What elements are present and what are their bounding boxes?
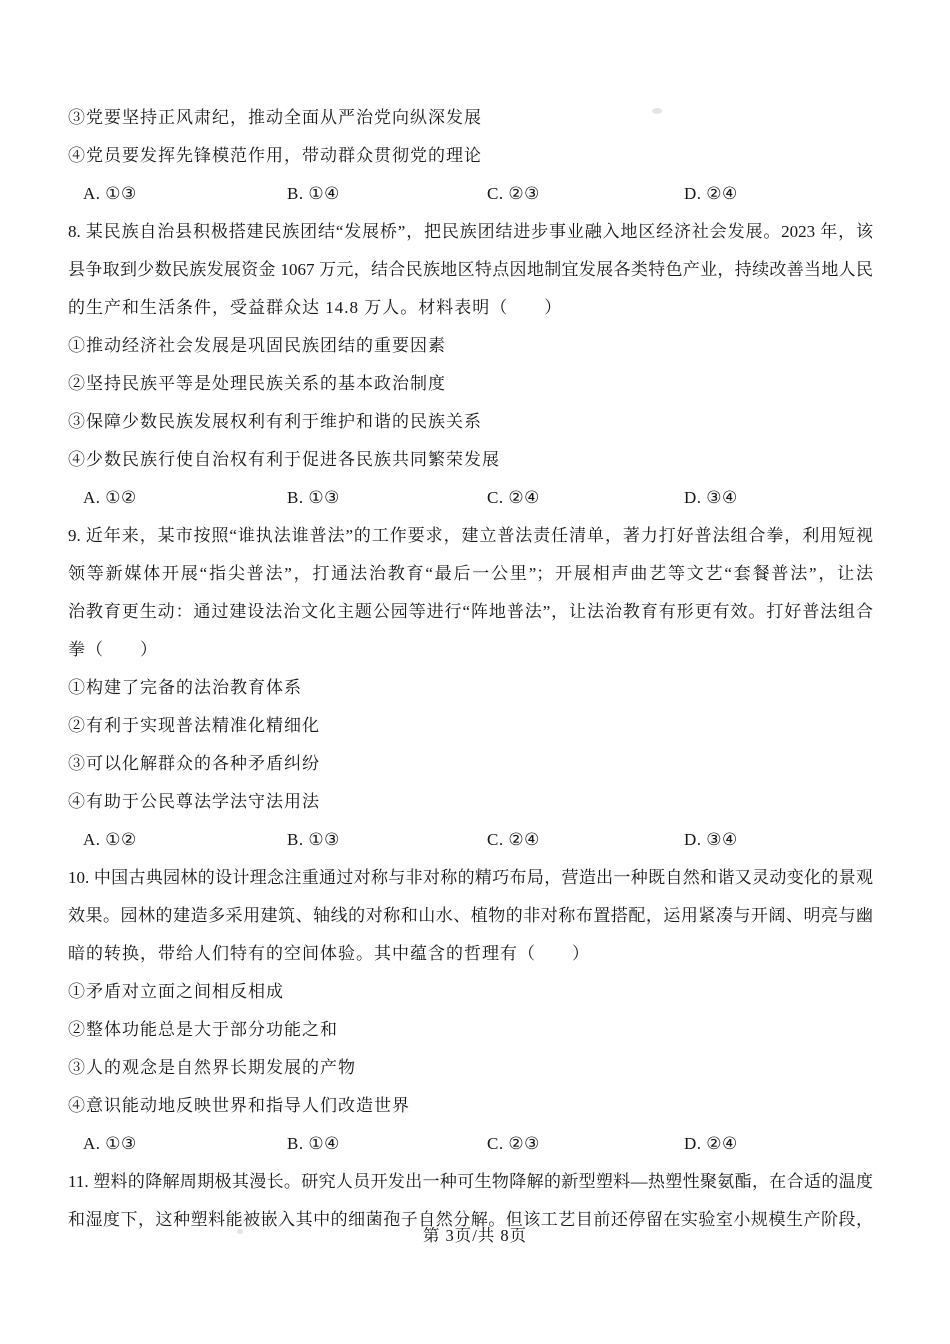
option-c: C. ②④ [487,479,684,517]
option-c: C. ②④ [487,821,684,859]
question-9: 9. 近年来，某市按照“谁执法谁普法”的工作要求，建立普法责任清单，著力打好普法… [68,517,873,859]
question-8: 8. 某民族自治县积极搭建民族团结“发展桥”，把民族团结进步事业融入地区经济社会… [68,213,873,517]
statement-line: ④意识能动地反映世界和指导人们改造世界 [68,1087,873,1125]
option-b: B. ①④ [287,1125,487,1163]
exam-page: ③党要坚持正风肃纪，推动全面从严治党向纵深发展 ④党员要发挥先锋模范作用，带动群… [0,0,950,1344]
statement-line: ③可以化解群众的各种矛盾纠纷 [68,745,873,783]
options-row: A. ①③ B. ①④ C. ②③ D. ②④ [68,1125,873,1163]
question-7-tail: ③党要坚持正风肃纪，推动全面从严治党向纵深发展 ④党员要发挥先锋模范作用，带动群… [68,99,873,213]
statement-line: ①矛盾对立面之间相反相成 [68,973,873,1011]
question-stem-line: 暗的转换，带给人们特有的空间体验。其中蕴含的哲理有（ ） [68,935,873,973]
question-stem-line: 11. 塑料的降解周期极其漫长。研究人员开发出一种可生物降解的新型塑料—热塑性聚… [68,1163,873,1201]
question-stem-line: 8. 某民族自治县积极搭建民族团结“发展桥”，把民族团结进步事业融入地区经济社会… [68,213,873,251]
question-stem-line: 县争取到少数民族发展资金 1067 万元，结合民族地区特点因地制宜发展各类特色产… [68,251,873,289]
option-a: A. ①③ [83,1125,287,1163]
statement-line: ③党要坚持正风肃纪，推动全面从严治党向纵深发展 [68,99,873,137]
question-stem-line: 的生产和生活条件，受益群众达 14.8 万人。材料表明（ ） [68,289,873,327]
statement-line: ②有利于实现普法精准化精细化 [68,707,873,745]
option-a: A. ①② [83,821,287,859]
options-row: A. ①② B. ①③ C. ②④ D. ③④ [68,821,873,859]
page-footer: 第 3页/共 8页 [0,1226,950,1246]
option-a: A. ①② [83,479,287,517]
statement-line: ②整体功能总是大于部分功能之和 [68,1011,873,1049]
option-c: C. ②③ [487,175,684,213]
statement-line: ②坚持民族平等是处理民族关系的基本政治制度 [68,365,873,403]
statement-line: ④少数民族行使自治权有利于促进各民族共同繁荣发展 [68,441,873,479]
question-stem-line: 9. 近年来，某市按照“谁执法谁普法”的工作要求，建立普法责任清单，著力打好普法… [68,517,873,555]
options-row: A. ①③ B. ①④ C. ②③ D. ②④ [68,175,873,213]
option-a: A. ①③ [83,175,287,213]
question-stem-line: 领等新媒体开展“指尖普法”，打通法治教育“最后一公里”；开展相声曲艺等文艺“套餐… [68,555,873,593]
options-row: A. ①② B. ①③ C. ②④ D. ③④ [68,479,873,517]
option-b: B. ①④ [287,175,487,213]
option-d: D. ③④ [684,479,873,517]
statement-line: ③保障少数民族发展权利有利于维护和谐的民族关系 [68,403,873,441]
statement-line: ①构建了完备的法治教育体系 [68,669,873,707]
question-stem-line: 10. 中国古典园林的设计理念注重通过对称与非对称的精巧布局，营造出一种既自然和… [68,859,873,897]
option-d: D. ③④ [684,821,873,859]
statement-line: ③人的观念是自然界长期发展的产物 [68,1049,873,1087]
option-d: D. ②④ [684,175,873,213]
option-b: B. ①③ [287,821,487,859]
statement-line: ④党员要发挥先锋模范作用，带动群众贯彻党的理论 [68,137,873,175]
question-stem-line: 治教育更生动：通过建设法治文化主题公园等进行“阵地普法”，让法治教育有形更有效。… [68,593,873,631]
statement-line: ①推动经济社会发展是巩固民族团结的重要因素 [68,327,873,365]
page-content: ③党要坚持正风肃纪，推动全面从严治党向纵深发展 ④党员要发挥先锋模范作用，带动群… [68,99,873,1239]
question-stem-line: 效果。园林的建造多采用建筑、轴线的对称和山水、植物的非对称布置搭配，运用紧凑与开… [68,897,873,935]
question-stem-line: 拳（ ） [68,631,873,669]
question-10: 10. 中国古典园林的设计理念注重通过对称与非对称的精巧布局，营造出一种既自然和… [68,859,873,1163]
option-d: D. ②④ [684,1125,873,1163]
option-c: C. ②③ [487,1125,684,1163]
statement-line: ④有助于公民尊法学法守法用法 [68,783,873,821]
option-b: B. ①③ [287,479,487,517]
